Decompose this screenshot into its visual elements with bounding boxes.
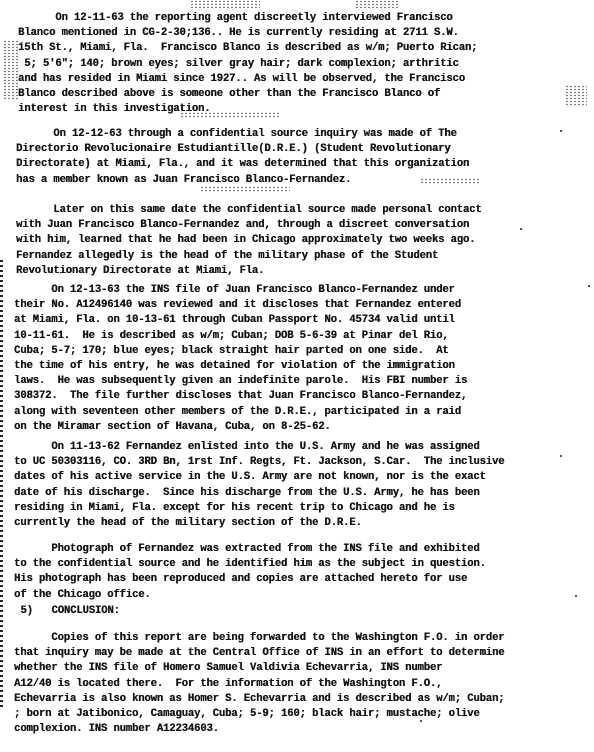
text-line: interest in this investigation.	[18, 103, 210, 115]
text-line: date of his discharge. Since his dischar…	[14, 487, 480, 499]
scan-speck	[575, 595, 577, 597]
text-line: with Juan Francisco Blanco-Fernandez and…	[16, 219, 469, 231]
text-line: dates of his active service in the U.S. …	[14, 471, 486, 483]
text-line: at Miami, Fla. on 10-13-61 through Cuban…	[14, 314, 455, 326]
scan-smudge	[200, 186, 290, 192]
text-line: the time of his entry, he was detained f…	[14, 360, 455, 372]
text-line: 308372. The file further discloses that …	[14, 390, 467, 402]
scan-smudge	[565, 85, 587, 107]
text-line: 15th St., Miami, Fla. Francisco Blanco i…	[18, 42, 477, 54]
scan-speck	[560, 455, 562, 457]
text-line: with him, learned that he had been in Ch…	[16, 234, 475, 246]
text-line: Directorate) at Miami, Fla., and it was …	[16, 158, 469, 170]
text-line: On 11-13-62 Fernandez enlisted into the …	[14, 441, 480, 453]
text-line: Echevarria is also known as Homer S. Ech…	[14, 693, 504, 705]
text-line: to UC 50303116, CO. 3RD Bn, 1rst Inf. Re…	[14, 456, 504, 468]
text-line: Copies of this report are being forwarde…	[14, 632, 504, 644]
text-line: complexion. INS number A12234603.	[14, 723, 219, 735]
text-line: A12/40 is located there. For the informa…	[14, 678, 442, 690]
text-line: 5) CONCLUSION:	[8, 605, 120, 617]
scan-speck	[588, 285, 590, 287]
text-line: laws. He was subsequently given an indef…	[14, 375, 467, 387]
text-line: On 12-13-63 the INS file of Juan Francis…	[14, 284, 455, 296]
text-line: Revolutionary Directorate at Miami, Fla.	[16, 265, 264, 277]
text-line: 5; 5'6"; 140; brown eyes; silver gray ha…	[18, 58, 459, 70]
scan-speck	[420, 720, 422, 722]
scan-smudge	[3, 40, 19, 100]
text-line: of the Chicago office.	[14, 589, 151, 601]
text-line: Cuba; 5-7; 170; blue eyes; black straigh…	[14, 345, 449, 357]
scan-smudge	[190, 0, 260, 8]
text-line: and has resided in Miami since 1927.. As…	[18, 73, 465, 85]
text-line: along with seventeen other members of th…	[14, 406, 461, 418]
scan-speck	[560, 130, 562, 132]
text-line: currently the head of the military secti…	[14, 517, 362, 529]
scan-edge-noise	[0, 260, 3, 710]
scan-smudge	[355, 0, 400, 8]
text-line: their No. A12496140 was reviewed and it …	[14, 299, 461, 311]
document-page: On 12-11-63 the reporting agent discreet…	[0, 0, 594, 752]
text-line: Blanco described above is someone other …	[18, 88, 440, 100]
text-line: Fernandez allegedly is the head of the m…	[16, 250, 438, 262]
text-line: that inquiry may be made at the Central …	[14, 647, 504, 659]
text-line: Later on this same date the confidential…	[16, 204, 482, 216]
text-line: 10-11-61. He is described as w/m; Cuban;…	[14, 330, 449, 342]
text-line: Directorio Revolucionaire Estudiantille(…	[16, 143, 451, 155]
scan-smudge	[420, 178, 480, 184]
text-line: has a member known as Juan Francisco Bla…	[16, 174, 351, 186]
text-line: Blanco mentioned in CG-2-30;136.. He is …	[18, 27, 459, 39]
text-line: residing in Miami, Fla. except for his r…	[14, 502, 455, 514]
text-line: on the Miramar section of Havana, Cuba, …	[14, 421, 331, 433]
text-line: On 12-11-63 the reporting agent discreet…	[18, 12, 453, 24]
text-line: to the confidential source and he identi…	[14, 558, 486, 570]
text-line: Photograph of Fernandez was extracted fr…	[14, 543, 480, 555]
text-line: On 12-12-63 through a confidential sourc…	[16, 128, 457, 140]
text-line: His photograph has been reproduced and c…	[14, 573, 467, 585]
scan-speck	[520, 228, 522, 230]
text-line: ; born at Jatibonico, Camaguay, Cuba; 5-…	[14, 708, 480, 720]
text-line: whether the INS file of Homero Samuel Va…	[14, 662, 442, 674]
